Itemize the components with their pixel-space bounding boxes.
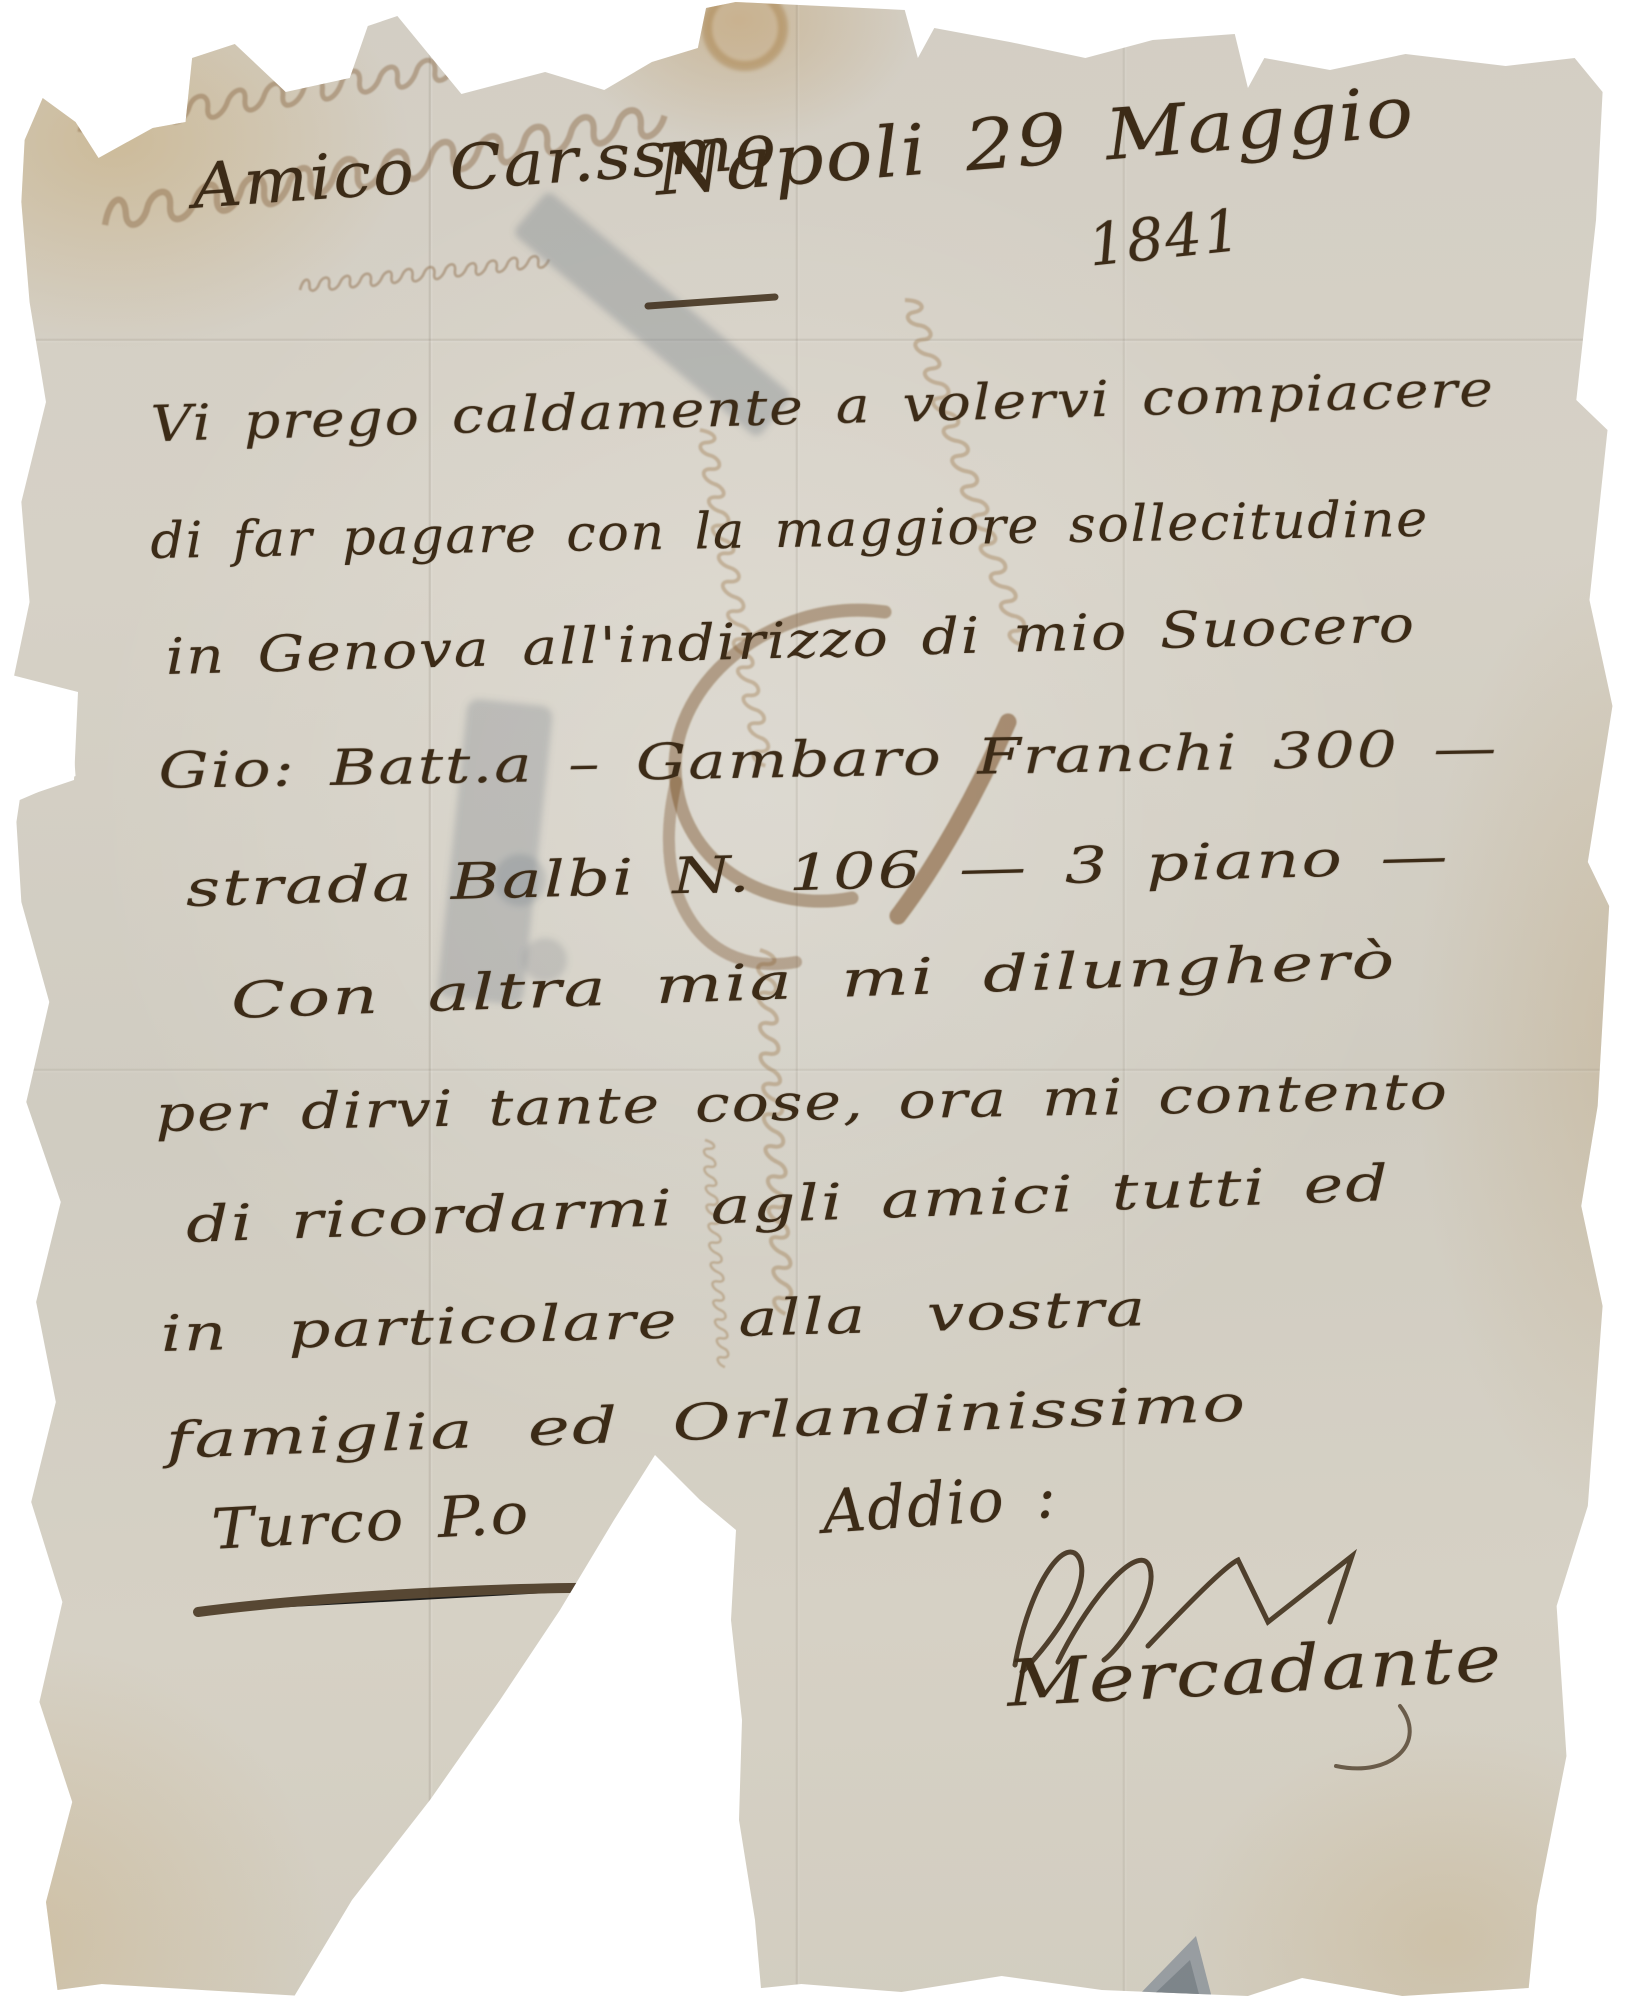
signature-flourish <box>1015 1552 1410 1768</box>
dateline-place-date: Napoli 29 Maggio <box>652 70 1418 211</box>
fold-crease-vertical <box>795 0 800 2000</box>
body-line: di far pagare con la maggiore sollecitud… <box>150 490 1429 570</box>
closing-addressee: Turco P.o <box>210 1481 532 1563</box>
mirrored-ink-bleedthrough-top-left <box>77 43 668 293</box>
dateline-year: 1841 <box>1085 196 1245 280</box>
corner-mark-bottom-right <box>1136 1936 1212 1998</box>
ink-bleedthrough-middle <box>695 296 1031 1368</box>
letter-photo: Amico Car.ssmo Napoli 29 Maggio 1841 Vi … <box>0 0 1642 2000</box>
body-line: famiglia ed Orlandinissimo <box>165 1374 1248 1470</box>
body-line: per dirvi tante cose, ora mi contento <box>155 1062 1449 1143</box>
fold-crease-horizontal <box>0 1068 1642 1073</box>
closing-farewell: Addio : <box>820 1462 1060 1548</box>
postal-stamp-bleedthrough <box>437 190 793 1005</box>
salutation: Amico Car.ssmo <box>190 109 780 223</box>
body-line: di ricordarmi agli amici tutti ed <box>185 1154 1391 1254</box>
fold-crease-vertical <box>428 0 433 2000</box>
body-line: strada Balbi N. 106 — 3 piano — <box>185 827 1450 918</box>
signature: Mercadante <box>1005 1622 1505 1722</box>
fold-crease-horizontal <box>0 338 1642 343</box>
body-line: Con altra mia mi dilungherò <box>230 931 1397 1030</box>
body-line: Gio: Batt.a – Gambaro Franchi 300 — <box>158 719 1499 800</box>
body-line: in particolare alla vostra <box>160 1279 1148 1363</box>
stain-ring <box>707 0 783 66</box>
body-line: Vi prego caldamente a volervi compiacere <box>150 360 1495 453</box>
salutation-dash-stroke <box>648 297 775 306</box>
ink-and-stamp-marks <box>0 0 1642 2000</box>
body-line: in Genova all'indirizzo di mio Suocero <box>165 595 1416 686</box>
large-ink-blot <box>669 610 1008 964</box>
letter-paper: Amico Car.ssmo Napoli 29 Maggio 1841 Vi … <box>0 0 1642 2000</box>
fold-crease-vertical <box>1122 0 1127 2000</box>
